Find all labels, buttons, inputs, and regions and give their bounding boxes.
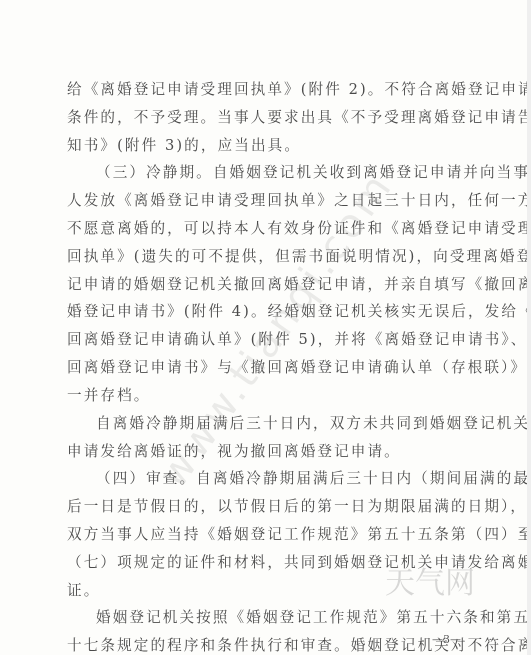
- document-page: 给《离婚登记申请受理回执单》(附件 2)。不符合离婚登记申请 条件的，不予受理。…: [0, 0, 527, 655]
- paragraph-line: 婚姻登记机关按照《婚姻登记工作规范》第五十六条和第五: [96, 608, 530, 628]
- text-line: 申请发给离婚证的，视为撤回离婚登记申请。: [67, 442, 401, 462]
- page-number: —3—: [432, 633, 461, 646]
- section-3-heading-line: （三）冷静期。自婚姻登记机关收到离婚登记申请并向当事: [96, 163, 530, 183]
- text-line: 双方当事人应当持《婚姻登记工作规范》第五十五条第（四）至: [67, 525, 531, 545]
- text-line: 知书》(附件 3)的，应当出具。: [67, 136, 301, 156]
- text-line: 回离婚登记申请书》与《撤回离婚登记申请确认单（存根联）》: [67, 358, 527, 378]
- paragraph-line: 自离婚冷静期届满后三十日内，双方未共同到婚姻登记机关: [96, 414, 530, 434]
- text-line: 人发放《离婚登记申请受理回执单》之日起三十日内，任何一方: [67, 191, 531, 211]
- text-line: 证。: [67, 581, 100, 601]
- text-line: 十七条规定的程序和条件执行和审查。婚姻登记机关对不符合离: [67, 636, 531, 655]
- watermark-logo: 天气网: [385, 558, 475, 602]
- text-line: 给《离婚登记申请受理回执单》(附件 2)。不符合离婚登记申请: [67, 80, 531, 100]
- page-edge: [527, 0, 531, 655]
- text-line: 不愿意离婚的，可以持本人有效身份证件和《离婚登记申请受理: [67, 219, 531, 239]
- text-line: 一并存档。: [67, 386, 150, 406]
- text-line: 后一日是节假日的，以节假日后的第一日为期限届满的日期），: [67, 497, 527, 517]
- text-line: 条件的，不予受理。当事人要求出具《不予受理离婚登记申请告: [67, 108, 531, 128]
